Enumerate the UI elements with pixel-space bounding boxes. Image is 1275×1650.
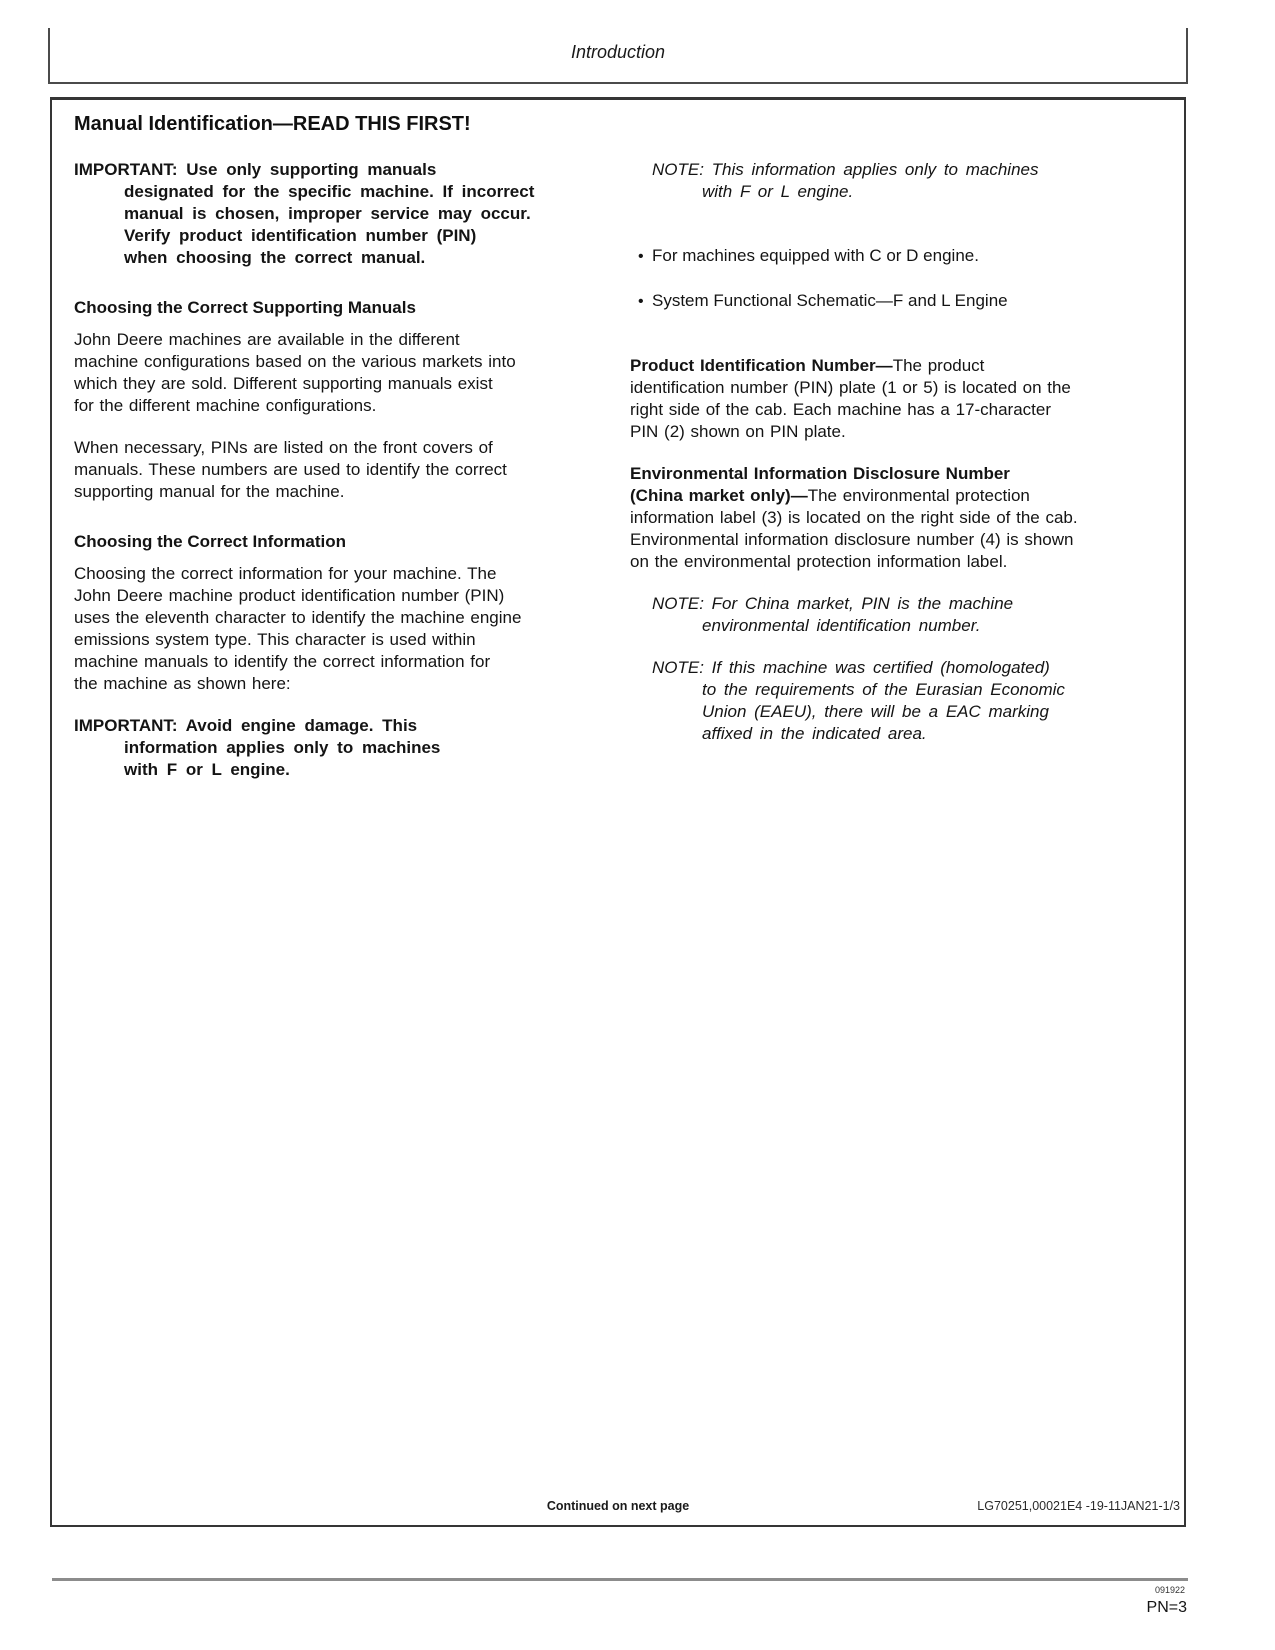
note-eaeu-certification: NOTE: If this machine was certified (hom… [652, 657, 1162, 745]
bottom-divider [52, 1578, 1188, 1581]
subheading-choosing-supporting-manuals: Choosing the Correct Supporting Manuals [74, 297, 606, 319]
document-reference-code: LG70251,00021E4 -19-11JAN21-1/3 [977, 1499, 1180, 1513]
content-inner: Manual Identification—READ THIS FIRST! I… [52, 100, 1184, 801]
print-date-number: 091922 [1155, 1585, 1185, 1595]
important-notice-engine-damage: IMPORTANT: Avoid engine damage. This inf… [74, 715, 606, 781]
pin-paragraph-lead: Product Identification Number— [630, 356, 893, 375]
bullet-c-or-d-engine: For machines equipped with C or D engine… [630, 245, 1162, 268]
manual-page: Introduction Manual Identification—READ … [0, 0, 1275, 1650]
two-column-layout: IMPORTANT: Use only supporting manuals d… [74, 159, 1162, 801]
paragraph-pins-on-covers: When necessary, PINs are listed on the f… [74, 437, 606, 503]
page-title: Manual Identification—READ THIS FIRST! [74, 113, 1162, 136]
running-header-box: Introduction [48, 28, 1188, 84]
content-box: Manual Identification—READ THIS FIRST! I… [50, 97, 1186, 1527]
bullet-system-functional-schematic: System Functional Schematic—F and L Engi… [630, 290, 1162, 313]
page-number: PN=3 [1147, 1599, 1187, 1617]
right-column: NOTE: This information applies only to m… [630, 159, 1162, 801]
paragraph-eleventh-character: Choosing the correct information for you… [74, 563, 606, 695]
paragraph-environmental-disclosure: Environmental Information Disclosure Num… [630, 463, 1162, 573]
note-f-or-l-engine: NOTE: This information applies only to m… [652, 159, 1162, 203]
subheading-choosing-correct-information: Choosing the Correct Information [74, 531, 606, 553]
note-china-market: NOTE: For China market, PIN is the machi… [652, 593, 1162, 637]
section-title: Introduction [571, 42, 665, 69]
paragraph-product-identification-number: Product Identification Number—The produc… [630, 355, 1162, 443]
content-box-footer: Continued on next page LG70251,00021E4 -… [52, 1499, 1184, 1515]
engine-bullet-list: For machines equipped with C or D engine… [630, 223, 1162, 335]
paragraph-machine-configurations: John Deere machines are available in the… [74, 329, 606, 417]
left-column: IMPORTANT: Use only supporting manuals d… [74, 159, 606, 801]
important-notice-manuals: IMPORTANT: Use only supporting manuals d… [74, 159, 606, 269]
